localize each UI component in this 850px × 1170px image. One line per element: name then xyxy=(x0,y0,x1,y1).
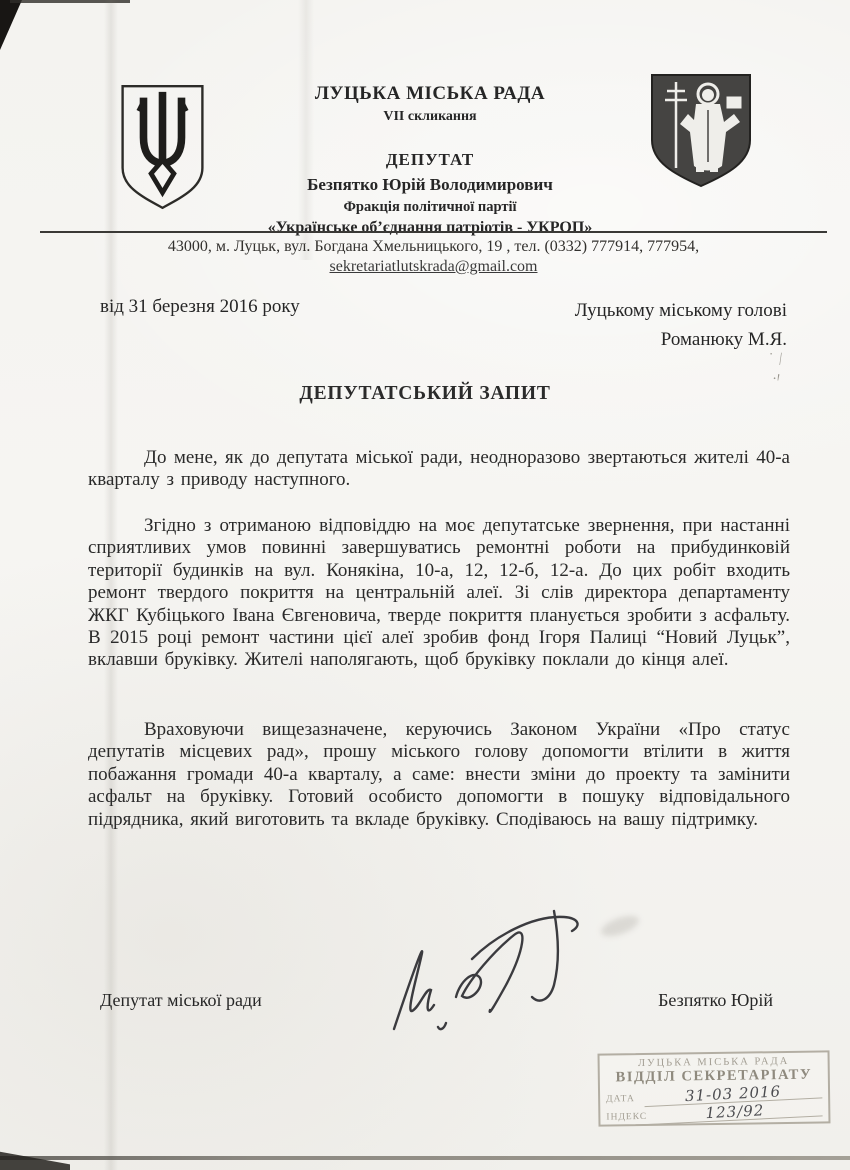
paragraph-2: Згідно з отриманою відповіддю на моє деп… xyxy=(88,515,790,672)
registration-stamp: ЛУЦЬКА МІСЬКА РАДА ВІДДІЛ СЕКРЕТАРІАТУ Д… xyxy=(598,1050,831,1126)
fraction-label: Фракція політичної партії xyxy=(150,198,710,216)
addressee-line-1: Луцькому міському голові xyxy=(575,296,787,325)
paragraph-3: Враховуючи вищезазначене, керуючись Зако… xyxy=(88,719,790,831)
letterhead-address: 43000, м. Луцьк, вул. Богдана Хмельницьк… xyxy=(40,238,827,256)
scanned-letter-page: ˙ ᛁ ·Ꞌ ЛУЦЬКА МІСЬКА РАДА VII скликання xyxy=(0,0,850,1170)
letterhead: ЛУЦЬКА МІСЬКА РАДА VII скликання ДЕПУТАТ… xyxy=(150,82,710,238)
stamp-index-row: ІНДЕКС 123/92 xyxy=(606,1103,822,1122)
paragraph-1: До мене, як до депутата міської ради, не… xyxy=(88,447,790,492)
deputy-role: ДЕПУТАТ xyxy=(150,149,710,170)
signer-name: Безпятко Юрій xyxy=(658,990,773,1011)
convocation: VII скликання xyxy=(150,108,710,126)
letter-date: від 31 березня 2016 року xyxy=(100,296,300,318)
letterhead-divider xyxy=(40,231,827,233)
scan-edge-shadow-bottom xyxy=(0,1156,850,1160)
document-title: ДЕПУТАТСЬКИЙ ЗАПИТ xyxy=(0,383,850,405)
signer-role: Депутат міської ради xyxy=(100,990,262,1011)
addressee-line-2: Романюку М.Я. xyxy=(575,325,787,354)
fraction-name: «Українське об’єднання патріотів - УКРОП… xyxy=(150,218,710,238)
deputy-name: Безпятко Юрій Володимирович xyxy=(150,174,710,195)
organization-name: ЛУЦЬКА МІСЬКА РАДА xyxy=(150,82,710,106)
scan-corner-artifact-top-left xyxy=(0,0,22,50)
handwritten-signature-icon xyxy=(368,893,618,1038)
addressee-block: Луцькому міському голові Романюку М.Я. xyxy=(575,296,787,355)
stamp-index-label: ІНДЕКС xyxy=(606,1112,647,1123)
email-text: sekretariatlutskrada@gmail.com xyxy=(330,258,538,275)
stamp-date-label: ДАТА xyxy=(606,1094,644,1105)
letterhead-email-line: sekretariatlutskrada@gmail.com xyxy=(40,258,827,276)
